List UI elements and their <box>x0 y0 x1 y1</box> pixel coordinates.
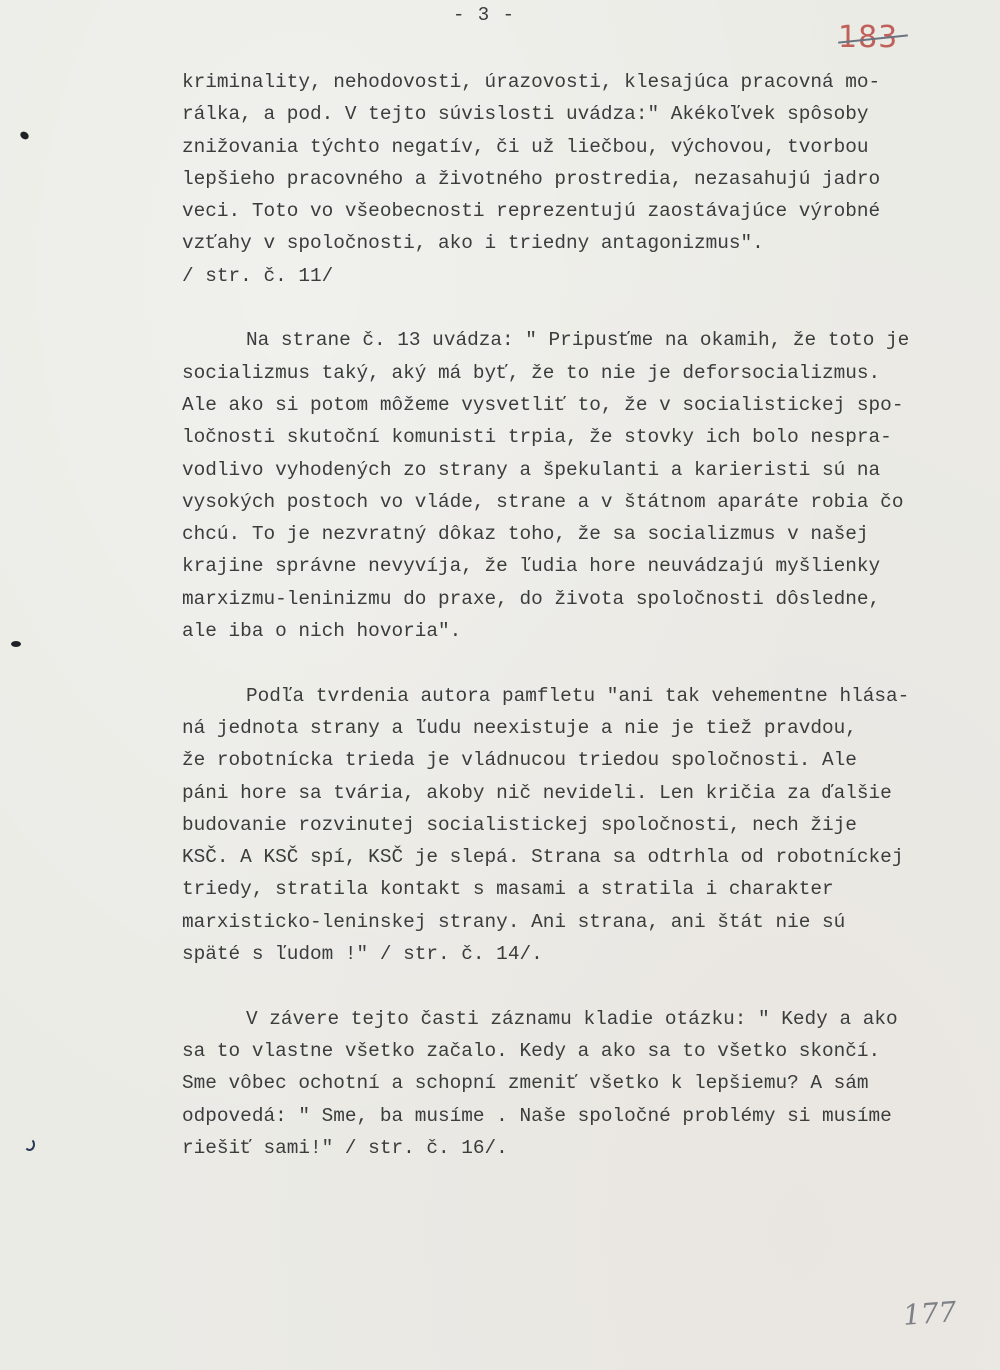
paragraph-gap <box>182 292 992 324</box>
paragraph: Podľa tvrdenia autora pamfletu "ani tak … <box>182 680 992 971</box>
text-line: vodlivo vyhodených zo strany a špekulant… <box>182 454 992 486</box>
text-line: triedy, stratila kontakt s masami a stra… <box>182 873 992 905</box>
text-line: Ale ako si potom môžeme vysvetliť to, že… <box>182 389 992 421</box>
text-line: späté s ľudom !" / str. č. 14/. <box>182 938 992 970</box>
text-line: socializmus taký, aký má byť, že to nie … <box>182 357 992 389</box>
binding-hole-mark <box>11 641 21 647</box>
text-line: Podľa tvrdenia autora pamfletu "ani tak … <box>182 680 992 712</box>
binding-hole-mark <box>24 1138 35 1151</box>
document-body: kriminality, nehodovosti, úrazovosti, kl… <box>182 66 992 1164</box>
text-line: veci. Toto vo všeobecnosti reprezentujú … <box>182 195 992 227</box>
text-line: ale iba o nich hovoria". <box>182 615 992 647</box>
handwritten-folio: 177 <box>902 1295 958 1332</box>
text-line: Sme vôbec ochotní a schopní zmeniť všetk… <box>182 1067 992 1099</box>
text-line: V závere tejto časti záznamu kladie otáz… <box>182 1003 992 1035</box>
text-line: krajine správne nevyvíja, že ľudia hore … <box>182 550 992 582</box>
text-line: znižovania týchto negatív, či už liečbou… <box>182 131 992 163</box>
text-line: vzťahy v spoločnosti, ako i triedny anta… <box>182 227 992 259</box>
text-line: chcú. To je nezvratný dôkaz toho, že sa … <box>182 518 992 550</box>
text-line: ločnosti skutoční komunisti trpia, že st… <box>182 421 992 453</box>
text-line: páni hore sa tvária, akoby nič nevideli.… <box>182 777 992 809</box>
text-line: marxizmu-leninizmu do praxe, do života s… <box>182 583 992 615</box>
paragraph: V závere tejto časti záznamu kladie otáz… <box>182 1003 992 1164</box>
paragraph-gap <box>182 647 992 679</box>
text-line: budovanie rozvinutej socialistickej spol… <box>182 809 992 841</box>
paragraph: Na strane č. 13 uvádza: " Pripusťme na o… <box>182 324 992 647</box>
text-line: / str. č. 11/ <box>182 260 992 292</box>
text-line: KSČ. A KSČ spí, KSČ je slepá. Strana sa … <box>182 841 992 873</box>
document-page: - 3 - 183 kriminality, nehodovosti, úraz… <box>0 0 1000 1370</box>
text-line: vysokých postoch vo vláde, strane a v št… <box>182 486 992 518</box>
text-line: marxisticko-leninskej strany. Ani strana… <box>182 906 992 938</box>
text-line: že robotnícka trieda je vládnucou triedo… <box>182 744 992 776</box>
text-line: Na strane č. 13 uvádza: " Pripusťme na o… <box>182 324 992 356</box>
binding-hole-mark <box>19 130 30 141</box>
text-line: ná jednota strany a ľudu neexistuje a ni… <box>182 712 992 744</box>
text-line: rálka, a pod. V tejto súvislosti uvádza:… <box>182 98 992 130</box>
paragraph-gap <box>182 970 992 1002</box>
page-number: - 3 - <box>453 4 515 26</box>
text-line: kriminality, nehodovosti, úrazovosti, kl… <box>182 66 992 98</box>
text-line: riešiť sami!" / str. č. 16/. <box>182 1132 992 1164</box>
text-line: lepšieho pracovného a životného prostred… <box>182 163 992 195</box>
text-line: sa to vlastne všetko začalo. Kedy a ako … <box>182 1035 992 1067</box>
text-line: odpovedá: " Sme, ba musíme . Naše spoloč… <box>182 1100 992 1132</box>
paragraph: kriminality, nehodovosti, úrazovosti, kl… <box>182 66 992 292</box>
